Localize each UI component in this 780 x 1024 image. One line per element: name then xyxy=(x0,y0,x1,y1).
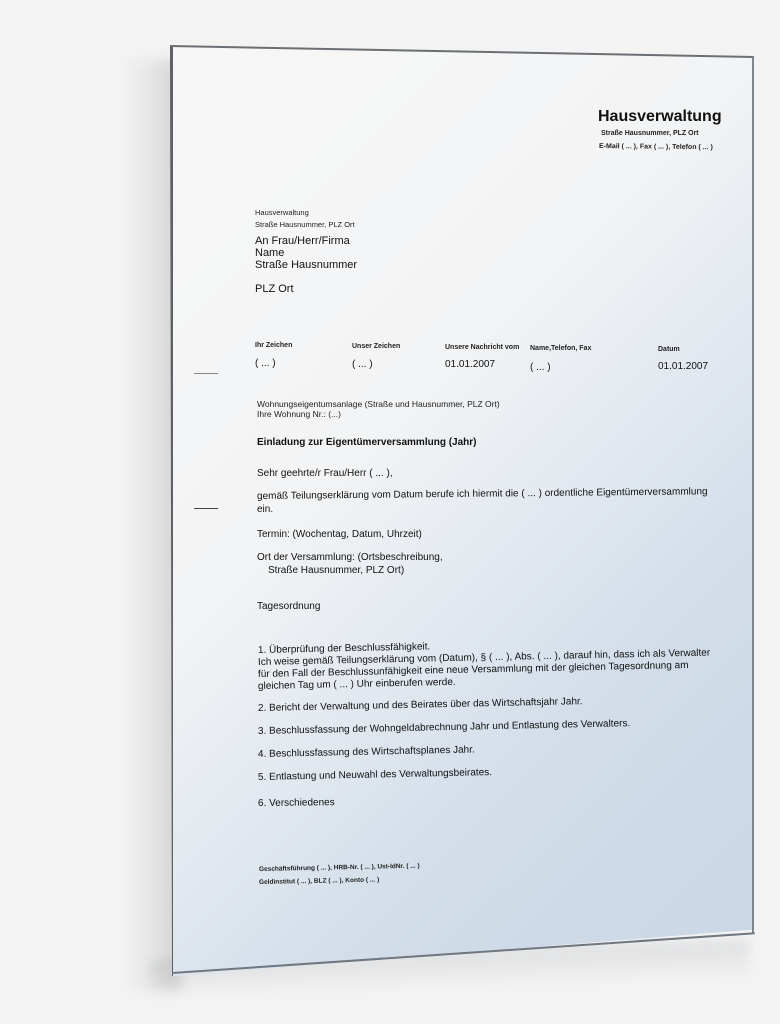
meeting-place-line-1: Ort der Versammlung: (Ortsbeschreibung, xyxy=(257,552,443,564)
agenda-item-3: 3. Beschlussfassung der Wohngeldabrechnu… xyxy=(258,718,630,738)
letter-content: Hausverwaltung Straße Hausnummer, PLZ Or… xyxy=(0,0,780,1024)
agenda-item-4: 4. Beschlussfassung des Wirtschaftsplane… xyxy=(258,744,475,761)
meeting-place-line-2: Straße Hausnummer, PLZ Ort) xyxy=(268,565,404,577)
ref-value-datum: 01.01.2007 xyxy=(658,361,708,372)
sender-name: Hausverwaltung xyxy=(255,208,309,217)
document-preview: Hausverwaltung Straße Hausnummer, PLZ Or… xyxy=(0,0,780,1024)
fold-mark-middle xyxy=(194,508,218,509)
meeting-time: Termin: (Wochentag, Datum, Uhrzeit) xyxy=(257,529,422,541)
ref-label-ihr-zeichen: Ihr Zeichen xyxy=(255,342,292,349)
recipient-city: PLZ Ort xyxy=(255,283,294,296)
letterhead-company: Hausverwaltung xyxy=(598,108,722,126)
agenda-item-6: 6. Verschiedenes xyxy=(258,797,335,810)
ref-label-datum: Datum xyxy=(658,346,680,353)
recipient-street: Straße Hausnummer xyxy=(255,259,357,272)
footer-line-1: Geschäftsführung ( ... ), HRB-Nr. ( ... … xyxy=(259,863,420,873)
letter-greeting: Sehr geehrte/r Frau/Herr ( ... ), xyxy=(257,468,393,480)
footer-line-2: Geldinstitut ( ... ), BLZ ( ... ), Konto… xyxy=(259,876,379,886)
fold-mark-top xyxy=(194,373,218,374)
intro-line-1: gemäß Teilungserklärung vom Datum berufe… xyxy=(257,486,708,503)
ref-value-unser-zeichen: ( ... ) xyxy=(352,359,373,370)
property-line-2: Ihre Wohnung Nr.: (...) xyxy=(257,409,341,419)
sender-address: Straße Hausnummer, PLZ Ort xyxy=(255,220,355,229)
agenda-title: Tagesordnung xyxy=(257,601,320,613)
ref-label-unser-zeichen: Unser Zeichen xyxy=(352,343,400,350)
ref-label-name-telefon: Name,Telefon, Fax xyxy=(530,345,591,352)
ref-label-unsere-nachricht: Unsere Nachricht vom xyxy=(445,344,519,351)
agenda-item-2: 2. Bericht der Verwaltung und des Beirat… xyxy=(258,696,583,715)
letter-subject: Einladung zur Eigentümerversammlung (Jah… xyxy=(257,437,476,448)
letterhead-contact: E-Mail ( ... ), Fax ( ... ), Telefon ( .… xyxy=(599,143,713,151)
ref-value-unsere-nachricht: 01.01.2007 xyxy=(445,359,495,370)
letterhead-address: Straße Hausnummer, PLZ Ort xyxy=(601,130,699,137)
ref-value-ihr-zeichen: ( ... ) xyxy=(255,358,276,369)
ref-value-name-telefon: ( ... ) xyxy=(530,362,551,373)
agenda-item-5: 5. Entlastung und Neuwahl des Verwaltung… xyxy=(258,767,492,784)
property-line-1: Wohnungseigentumsanlage (Straße und Haus… xyxy=(257,399,500,409)
intro-line-2: ein. xyxy=(257,504,273,516)
